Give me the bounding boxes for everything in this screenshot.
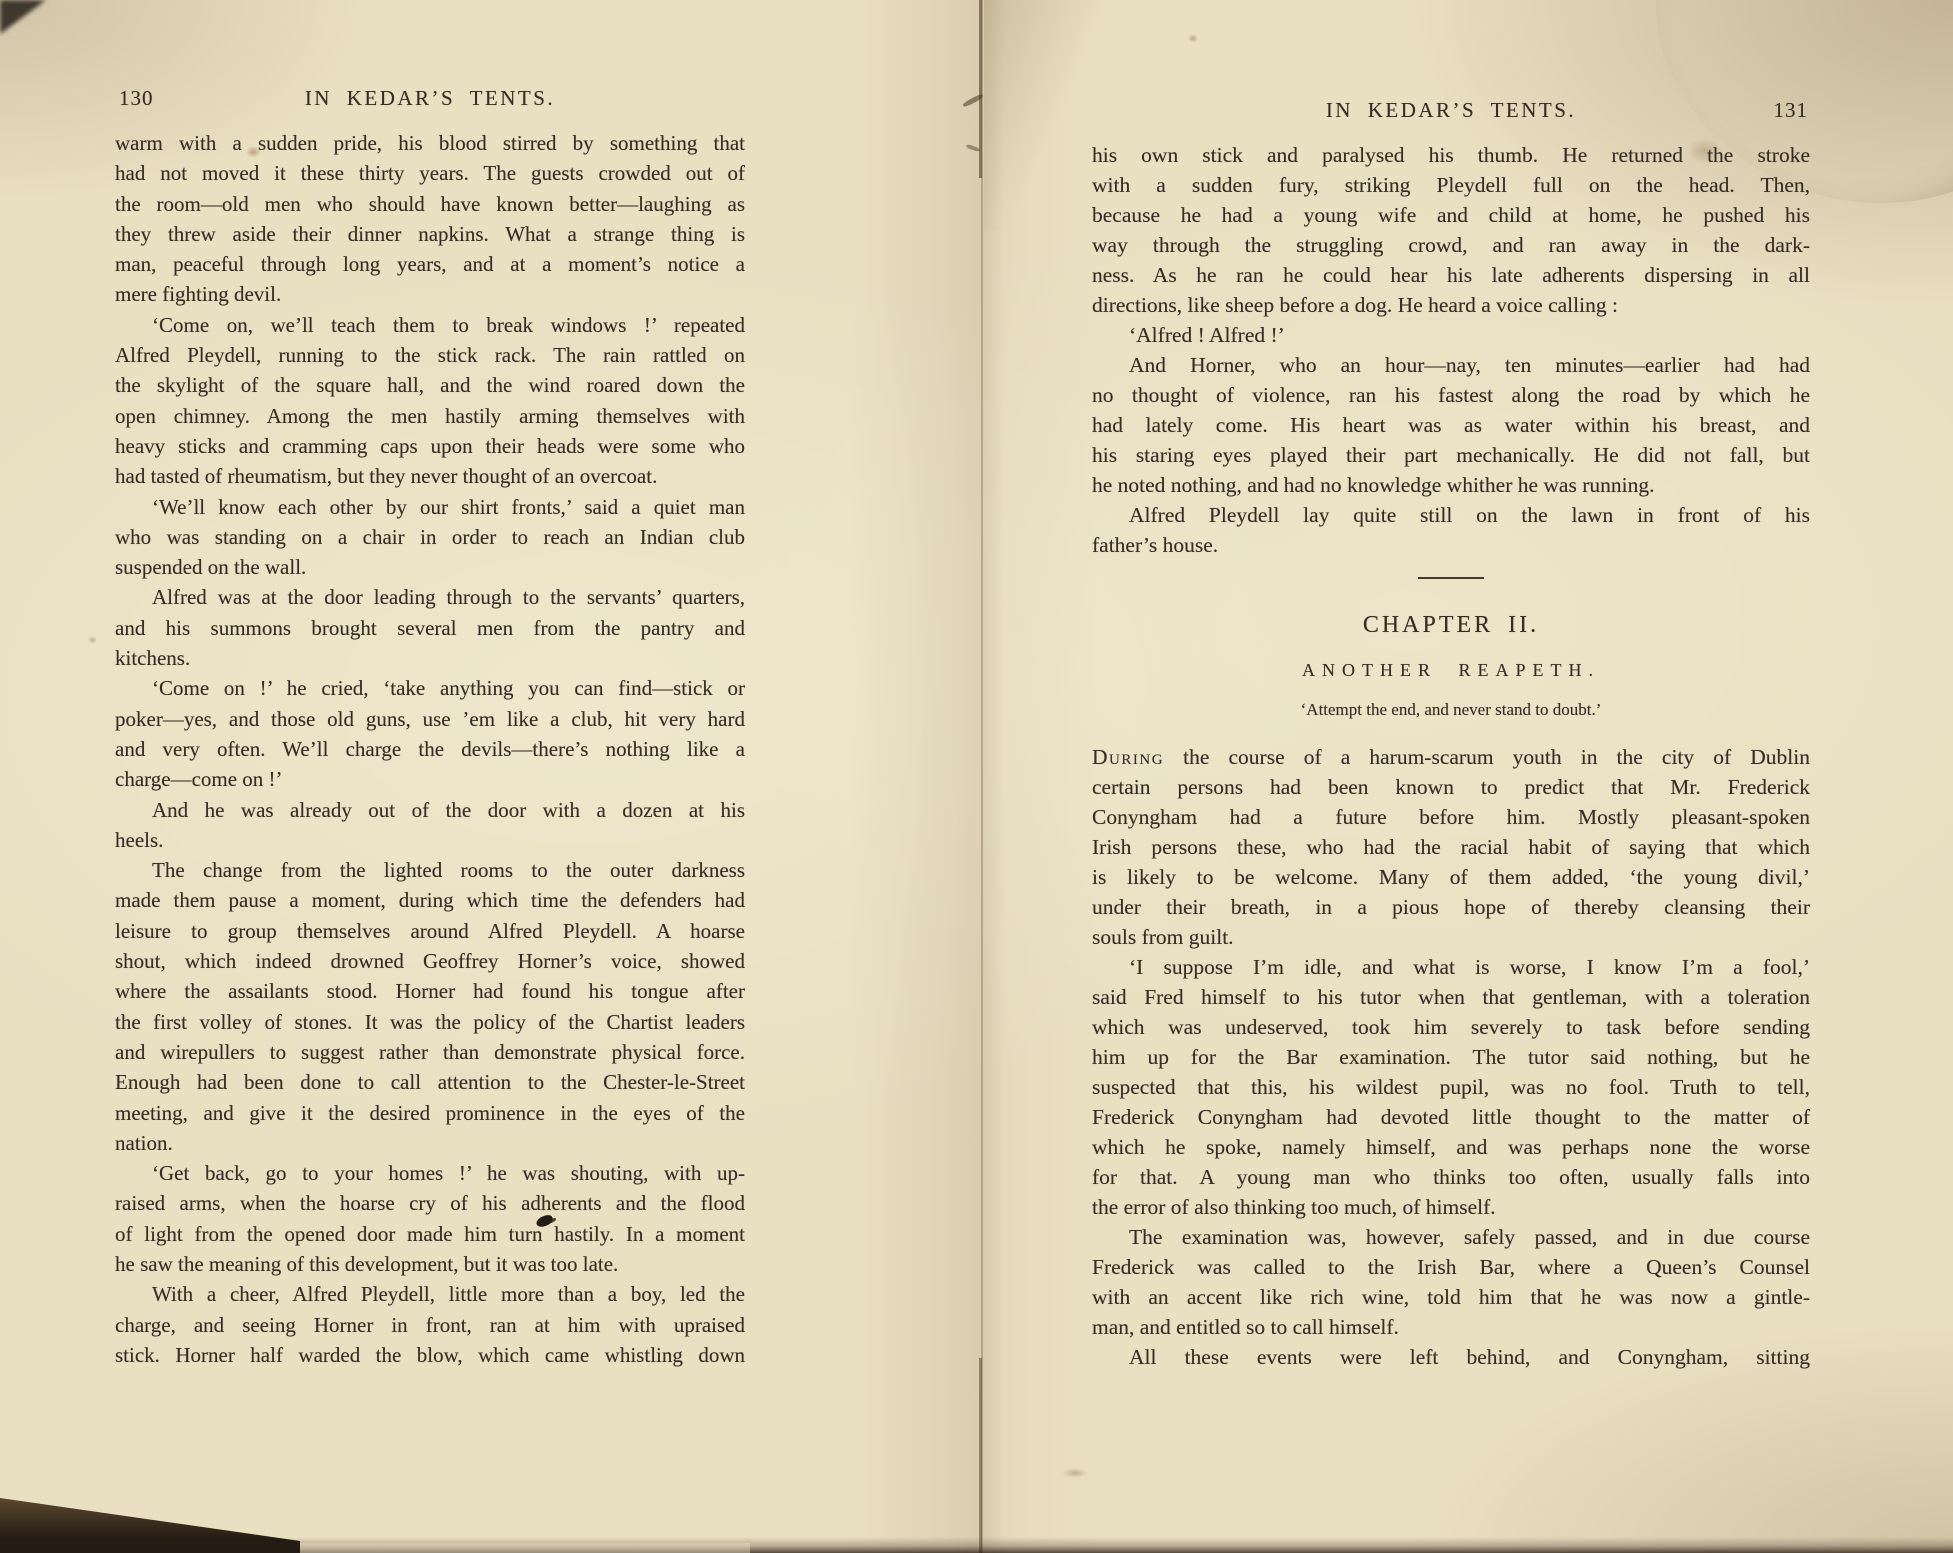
text-line: ‘Come on !’ he cried, ‘take anything you…	[115, 673, 745, 703]
text-line: ‘We’ll know each other by our shirt fron…	[115, 492, 745, 522]
chapter-heading: CHAPTER II.	[1092, 612, 1810, 639]
text-line: heels.	[115, 825, 745, 855]
text-line: with an accent like rich wine, told him …	[1092, 1282, 1810, 1312]
text-line: ‘Come on, we’ll teach them to break wind…	[115, 310, 745, 340]
text-line: had lately come. His heart was as water …	[1092, 410, 1810, 440]
text-line: man, peaceful through long years, and at…	[115, 249, 745, 279]
corner-shadow-top-left	[0, 0, 46, 34]
paragraph: ‘Come on, we’ll teach them to break wind…	[115, 310, 745, 492]
text-line: made them pause a moment, during which t…	[115, 885, 745, 915]
text-line: the skylight of the square hall, and the…	[115, 370, 745, 400]
paragraph: ‘Come on !’ he cried, ‘take anything you…	[115, 673, 745, 794]
paragraph: During the course of a harum-scarum yout…	[1092, 742, 1810, 952]
section-divider-rule	[1418, 577, 1484, 579]
foxing-spot	[88, 636, 97, 644]
text-line: suspected that this, his wildest pupil, …	[1092, 1072, 1810, 1102]
text-line: which was undeserved, took him severely …	[1092, 1012, 1810, 1042]
text-line: warm with a sudden pride, his blood stir…	[115, 128, 745, 158]
foxing-spot	[1062, 1468, 1088, 1478]
text-line: heavy sticks and cramming caps upon thei…	[115, 431, 745, 461]
paragraph: ‘Alfred ! Alfred !’	[1092, 320, 1810, 350]
right-page-header: IN KEDAR’S TENTS. 131	[1092, 98, 1810, 128]
text-line: for that. A young man who thinks too oft…	[1092, 1162, 1810, 1192]
text-line: shout, which indeed drowned Geoffrey Hor…	[115, 946, 745, 976]
text-line: The examination was, however, safely pas…	[1092, 1222, 1810, 1252]
text-line: because he had a young wife and child at…	[1092, 200, 1810, 230]
text-line: charge, and seeing Horner in front, ran …	[115, 1310, 745, 1340]
text-line: under their breath, in a pious hope of t…	[1092, 892, 1810, 922]
paragraph: Alfred Pleydell lay quite still on the l…	[1092, 500, 1810, 560]
text-line: And Horner, who an hour—nay, ten minutes…	[1092, 350, 1810, 380]
text-line: And he was already out of the door with …	[115, 795, 745, 825]
paragraph: Alfred was at the door leading through t…	[115, 582, 745, 673]
text-line: and wirepullers to suggest rather than d…	[115, 1037, 745, 1067]
text-line: he saw the meaning of this development, …	[115, 1249, 745, 1279]
text-line: mere fighting devil.	[115, 279, 745, 309]
text-line: meeting, and give it the desired promine…	[115, 1098, 745, 1128]
text-line: directions, like sheep before a dog. He …	[1092, 290, 1810, 320]
text-line: man, and entitled so to call himself.	[1092, 1312, 1810, 1342]
small-caps-lead-word: During	[1092, 745, 1164, 769]
text-line: open chimney. Among the men hastily armi…	[115, 401, 745, 431]
text-line: Irish persons these, who had the racial …	[1092, 832, 1810, 862]
text-line: Frederick was called to the Irish Bar, w…	[1092, 1252, 1810, 1282]
text-line: the first volley of stones. It was the p…	[115, 1007, 745, 1037]
text-line: ness. As he ran he could hear his late a…	[1092, 260, 1810, 290]
text-line: raised arms, when the hoarse cry of his …	[115, 1188, 745, 1218]
text-line: they threw aside their dinner napkins. W…	[115, 219, 745, 249]
text-line: suspended on the wall.	[115, 552, 745, 582]
paragraph: And he was already out of the door with …	[115, 795, 745, 856]
gutter-crease-top	[979, 0, 982, 178]
left-running-title: IN KEDAR’S TENTS.	[115, 86, 745, 111]
paragraph: The change from the lighted rooms to the…	[115, 855, 745, 1158]
left-page-header: 130 IN KEDAR’S TENTS.	[115, 86, 745, 116]
paragraph: The examination was, however, safely pas…	[1092, 1222, 1810, 1342]
text-line: which he spoke, namely himself, and was …	[1092, 1132, 1810, 1162]
text-line: Alfred was at the door leading through t…	[115, 582, 745, 612]
paragraph: ‘Get back, go to your homes !’ he was sh…	[115, 1158, 745, 1279]
text-line: All these events were left behind, and C…	[1092, 1342, 1810, 1372]
text-line: his staring eyes played their part mecha…	[1092, 440, 1810, 470]
left-page-number: 130	[119, 86, 154, 111]
text-line: ‘I suppose I’m idle, and what is worse, …	[1092, 952, 1810, 982]
text-line: During the course of a harum-scarum yout…	[1092, 742, 1810, 772]
foxing-spot	[1188, 34, 1198, 43]
text-line: the room—old men who should have known b…	[115, 189, 745, 219]
text-line: is likely to be welcome. Many of them ad…	[1092, 862, 1810, 892]
text-line: charge—come on !’	[115, 764, 745, 794]
text-line: no thought of violence, ran his fastest …	[1092, 380, 1810, 410]
text-line: where the assailants stood. Horner had f…	[115, 976, 745, 1006]
text-line: ‘Alfred ! Alfred !’	[1092, 320, 1810, 350]
gutter-crease-bottom	[979, 1358, 982, 1553]
right-page-number: 131	[1774, 98, 1809, 123]
text-line: who was standing on a chair in order to …	[115, 522, 745, 552]
chapter-subtitle: ANOTHER REAPETH.	[1092, 660, 1810, 681]
text-line: Conyngham had a future before him. Mostl…	[1092, 802, 1810, 832]
text-line: leisure to group themselves around Alfre…	[115, 916, 745, 946]
text-line: his own stick and paralysed his thumb. H…	[1092, 140, 1810, 170]
right-running-title: IN KEDAR’S TENTS.	[1092, 98, 1810, 123]
paragraph: warm with a sudden pride, his blood stir…	[115, 128, 745, 310]
gutter-crease	[981, 0, 983, 1553]
text-line: him up for the Bar examination. The tuto…	[1092, 1042, 1810, 1072]
paragraph: All these events were left behind, and C…	[1092, 1342, 1810, 1372]
gutter-shadow	[850, 0, 1100, 1553]
text-line: the error of also thinking too much, of …	[1092, 1192, 1810, 1222]
text-line: he noted nothing, and had no knowledge w…	[1092, 470, 1810, 500]
text-line: Alfred Pleydell lay quite still on the l…	[1092, 500, 1810, 530]
paragraph: With a cheer, Alfred Pleydell, little mo…	[115, 1279, 745, 1370]
text-line: said Fred himself to his tutor when that…	[1092, 982, 1810, 1012]
text-line: way through the struggling crowd, and ra…	[1092, 230, 1810, 260]
book-edge-bottom-left	[0, 1486, 300, 1553]
text-line: souls from guilt.	[1092, 922, 1810, 952]
text-line: and very often. We’ll charge the devils—…	[115, 734, 745, 764]
text-line: had tasted of rheumatism, but they never…	[115, 461, 745, 491]
text-line: Alfred Pleydell, running to the stick ra…	[115, 340, 745, 370]
paragraph: his own stick and paralysed his thumb. H…	[1092, 140, 1810, 320]
text-line: and his summons brought several men from…	[115, 613, 745, 643]
text-line: of light from the opened door made him t…	[115, 1219, 745, 1249]
text-line: certain persons had been known to predic…	[1092, 772, 1810, 802]
paragraph: ‘We’ll know each other by our shirt fron…	[115, 492, 745, 583]
text-line: The change from the lighted rooms to the…	[115, 855, 745, 885]
text-line: kitchens.	[115, 643, 745, 673]
book-spread-scan: 130 IN KEDAR’S TENTS. warm with a sudden…	[0, 0, 1953, 1553]
text-line: With a cheer, Alfred Pleydell, little mo…	[115, 1279, 745, 1309]
right-page-body-top: his own stick and paralysed his thumb. H…	[1092, 140, 1810, 560]
text-line: Frederick Conyngham had devoted little t…	[1092, 1102, 1810, 1132]
text-line: ‘Get back, go to your homes !’ he was sh…	[115, 1158, 745, 1188]
paragraph: ‘I suppose I’m idle, and what is worse, …	[1092, 952, 1810, 1222]
text-line: father’s house.	[1092, 530, 1810, 560]
text-line: poker—yes, and those old guns, use ’em l…	[115, 704, 745, 734]
text-line: had not moved it these thirty years. The…	[115, 158, 745, 188]
text-line: Enough had been done to call attention t…	[115, 1067, 745, 1097]
text-line: with a sudden fury, striking Pleydell fu…	[1092, 170, 1810, 200]
left-page-body: warm with a sudden pride, his blood stir…	[115, 128, 745, 1370]
text-line: nation.	[115, 1128, 745, 1158]
right-page-body-bottom: During the course of a harum-scarum yout…	[1092, 742, 1810, 1372]
text-line: stick. Horner half warded the blow, whic…	[115, 1340, 745, 1370]
paragraph: And Horner, who an hour—nay, ten minutes…	[1092, 350, 1810, 500]
chapter-epigraph: ‘Attempt the end, and never stand to dou…	[1092, 700, 1810, 720]
